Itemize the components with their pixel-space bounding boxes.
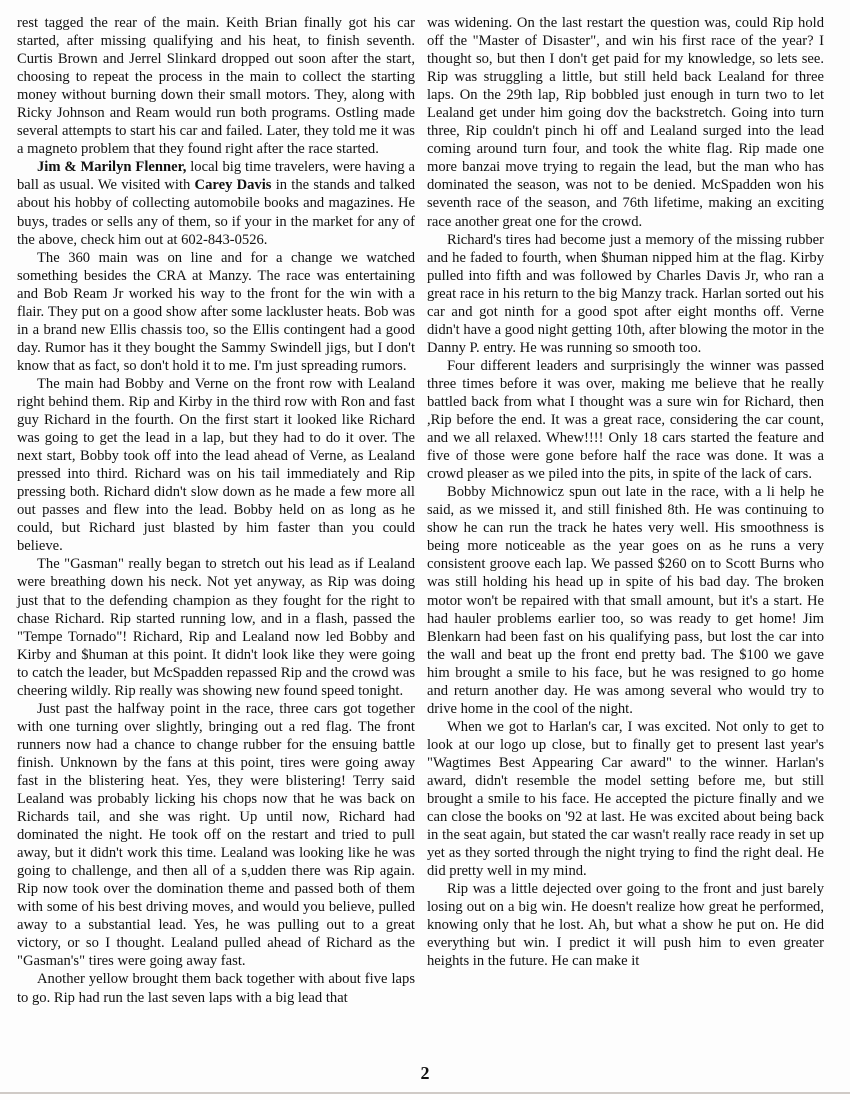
paragraph-text: The 360 main was on line and for a chang… (17, 250, 415, 374)
paragraph-text: rest tagged the rear of the main. Keith … (17, 15, 415, 157)
bold-name-text: Carey Davis (195, 177, 272, 193)
paragraph: Four different leaders and surprisingly … (427, 357, 824, 483)
paragraph: The main had Bobby and Verne on the fron… (17, 375, 415, 555)
paragraph: Jim & Marilyn Flenner, local big time tr… (17, 158, 415, 248)
page-bottom-edge (0, 1092, 850, 1094)
paragraph-text: Another yellow brought them back togethe… (17, 971, 415, 1005)
paragraph: Just past the halfway point in the race,… (17, 700, 415, 971)
paragraph-text: Just past the halfway point in the race,… (17, 701, 415, 970)
paragraph-text: Four different leaders and surprisingly … (427, 358, 824, 482)
paragraph: rest tagged the rear of the main. Keith … (17, 14, 415, 158)
left-column: rest tagged the rear of the main. Keith … (17, 14, 415, 1007)
paragraph: Rip was a little dejected over going to … (427, 880, 824, 970)
paragraph: When we got to Harlan's car, I was excit… (427, 718, 824, 880)
paragraph: Another yellow brought them back togethe… (17, 970, 415, 1006)
document-page: rest tagged the rear of the main. Keith … (0, 0, 850, 1100)
paragraph: Bobby Michnowicz spun out late in the ra… (427, 483, 824, 718)
right-column: was widening. On the last restart the qu… (427, 14, 824, 970)
paragraph: was widening. On the last restart the qu… (427, 14, 824, 231)
paragraph-text: The "Gasman" really began to stretch out… (17, 556, 415, 698)
paragraph-text: Rip was a little dejected over going to … (427, 881, 824, 969)
paragraph-text: Bobby Michnowicz spun out late in the ra… (427, 484, 824, 717)
paragraph-text: was widening. On the last restart the qu… (427, 15, 824, 230)
paragraph: The "Gasman" really began to stretch out… (17, 555, 415, 699)
paragraph: Richard's tires had become just a memory… (427, 231, 824, 357)
paragraph-text: When we got to Harlan's car, I was excit… (427, 719, 824, 879)
bold-name-text: Jim & Marilyn Flenner, (37, 159, 186, 175)
paragraph-text: The main had Bobby and Verne on the fron… (17, 376, 415, 554)
paragraph-text: Richard's tires had become just a memory… (427, 232, 824, 356)
paragraph: The 360 main was on line and for a chang… (17, 249, 415, 375)
page-number: 2 (0, 1063, 850, 1084)
